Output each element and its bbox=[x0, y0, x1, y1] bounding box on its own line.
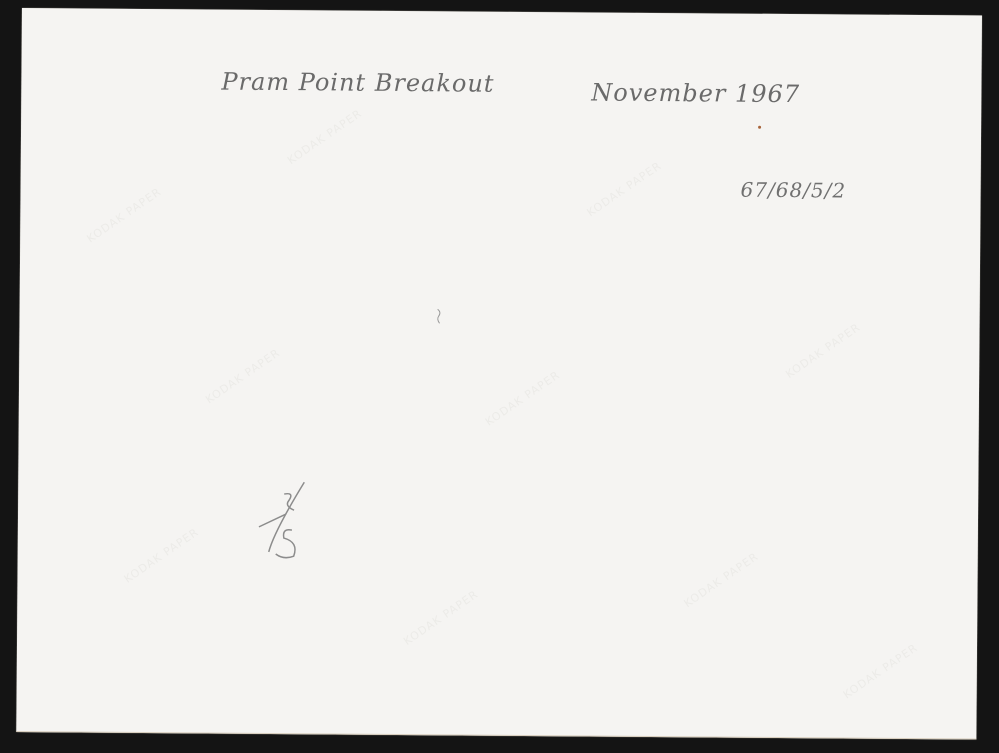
pencil-mark-icon bbox=[435, 307, 445, 327]
handwritten-reference-number: 67/68/5/2 bbox=[741, 178, 847, 203]
watermark: KODAK PAPER bbox=[203, 346, 282, 406]
ink-spot bbox=[758, 126, 761, 129]
handwritten-caption: Pram Point Breakout bbox=[221, 68, 494, 98]
watermark: KODAK PAPER bbox=[401, 588, 480, 648]
handwritten-date: November 1967 bbox=[591, 78, 800, 108]
watermark: KODAK PAPER bbox=[783, 321, 862, 381]
photo-back-paper: KODAK PAPER KODAK PAPER KODAK PAPER KODA… bbox=[16, 8, 982, 740]
watermark: KODAK PAPER bbox=[483, 368, 562, 428]
watermark: KODAK PAPER bbox=[585, 159, 664, 219]
handwritten-fraction-mark bbox=[254, 472, 325, 563]
watermark: KODAK PAPER bbox=[84, 185, 163, 245]
watermark: KODAK PAPER bbox=[285, 107, 364, 167]
watermark: KODAK PAPER bbox=[682, 550, 761, 610]
watermark: KODAK PAPER bbox=[841, 641, 920, 701]
watermark: KODAK PAPER bbox=[122, 525, 201, 585]
